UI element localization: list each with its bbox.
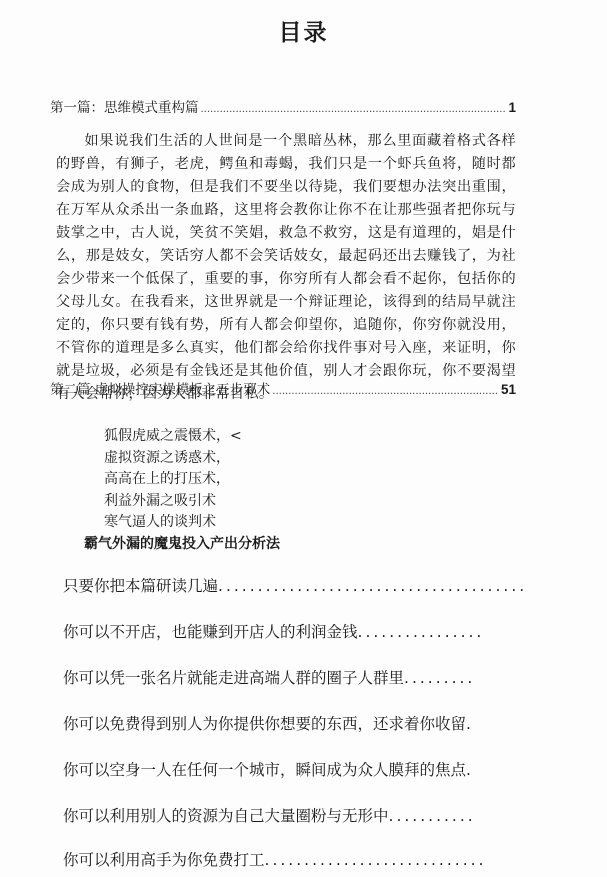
- leader-dots: ................: [358, 623, 485, 641]
- promise-text: 你可以利用别人的资源为自己大量圈粉与无形中: [63, 807, 389, 825]
- sublist-item: 狐假虎威之震慑术，<: [104, 426, 280, 448]
- promise-line: 你可以利用别人的资源为自己大量圈粉与无形中...........: [63, 804, 523, 826]
- sublist-item: 高高在上的打压术，: [104, 469, 280, 491]
- toc-entry-chapter-2[interactable]: 第二篇 虚拟操控实操模板之五步邪术 ......................…: [50, 378, 516, 398]
- promise-text: 你可以不开店，也能赚到开店人的利润金钱: [63, 623, 358, 641]
- promise-line: 你可以利用高手为你免费打工...........................…: [63, 848, 523, 870]
- document-page: 目录 第一篇：思维模式重构篇 .........................…: [0, 0, 607, 877]
- promise-line: 你可以空身一人在任何一个城市，瞬间成为众人膜拜的焦点.: [63, 758, 523, 780]
- leader-dots: ...........: [389, 807, 476, 825]
- leader-dots: ............................: [265, 851, 487, 869]
- sublist-item: 虚拟资源之诱惑术，: [104, 448, 280, 470]
- toc-entry-label: 第一篇：思维模式重构篇: [50, 96, 199, 116]
- sublist-item: 霸气外漏的魔鬼投入产出分析法: [84, 534, 280, 556]
- sublist-item: 寒气逼人的谈判术: [104, 512, 280, 534]
- sublist-item: 利益外漏之吸引术: [104, 491, 280, 513]
- promise-line: 你可以免费得到别人为你提供你想要的东西，还求着你收留.: [63, 712, 523, 734]
- leader-dots: ........................................: [218, 577, 523, 595]
- promise-text: 你可以利用高手为你免费打工: [63, 851, 265, 869]
- promise-line: 你可以不开店，也能赚到开店人的利润金钱................: [63, 620, 523, 642]
- promise-text: 你可以凭一张名片就能走进高端人群的圈子人群里: [63, 669, 404, 687]
- page-title: 目录: [0, 14, 607, 47]
- toc-leader-dots: ........................................…: [272, 386, 499, 397]
- promise-line: 只要你把本篇研读几遍..............................…: [63, 574, 523, 596]
- promise-text: 你可以免费得到别人为你提供你想要的东西，还求着你收留.: [63, 715, 471, 733]
- chapter-2-sublist: 狐假虎威之震慑术，< 虚拟资源之诱惑术， 高高在上的打压术， 利益外漏之吸引术 …: [104, 426, 280, 555]
- intro-paragraph: 如果说我们生活的人世间是一个黑暗丛林，那么里面藏着格式各样的野兽，有狮子，老虎，…: [56, 130, 516, 406]
- toc-entry-label: 第二篇 虚拟操控实操模板之五步邪术: [50, 378, 270, 398]
- toc-entry-chapter-1[interactable]: 第一篇：思维模式重构篇 ............................…: [50, 96, 516, 116]
- toc-page-number: 1: [508, 100, 516, 115]
- promise-text: 你可以空身一人在任何一个城市，瞬间成为众人膜拜的焦点.: [63, 761, 471, 779]
- toc-page-number: 51: [501, 382, 516, 397]
- promise-line: 你可以凭一张名片就能走进高端人群的圈子人群里.........: [63, 666, 523, 688]
- leader-dots: .........: [404, 669, 475, 687]
- promise-text: 只要你把本篇研读几遍: [63, 577, 218, 595]
- toc-leader-dots: ........................................…: [201, 104, 507, 115]
